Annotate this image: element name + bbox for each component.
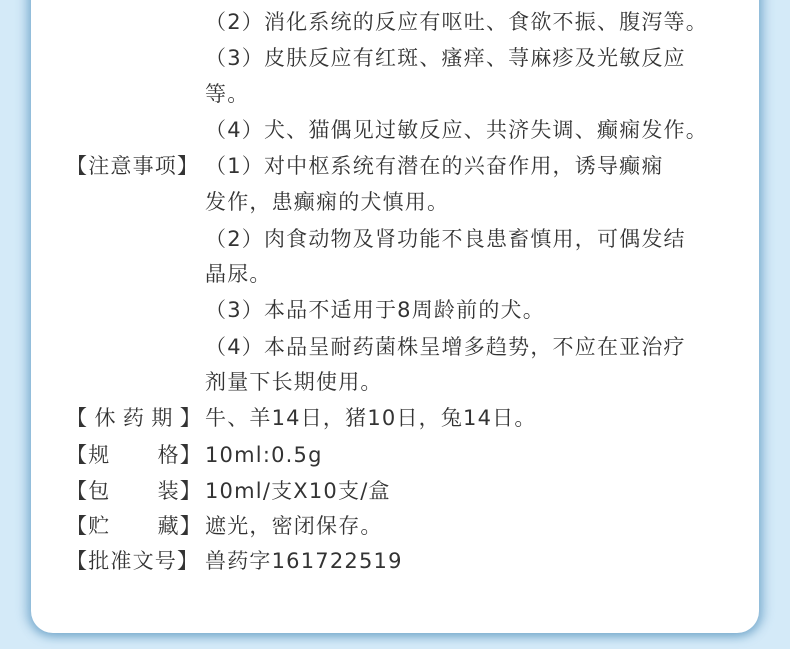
- precaution-line-4: （4）本品呈耐药菌株呈增多趋势，不应在亚治疗: [205, 329, 686, 365]
- label-part: 格】: [158, 437, 202, 473]
- label-part: 【贮: [66, 508, 110, 544]
- label-part: 【批准文号】: [66, 543, 199, 579]
- specification-label: 【规 格】: [66, 437, 202, 473]
- adverse-reaction-line-3-cont: 等。: [205, 76, 249, 112]
- label-part: 【包: [66, 473, 110, 509]
- label-part: 装】: [158, 473, 202, 509]
- storage-label: 【贮 藏】: [66, 508, 202, 544]
- label-char: 期: [151, 400, 173, 436]
- precautions-label-text: 【注意事项】: [66, 148, 199, 184]
- withdrawal-period-value: 牛、羊14日，猪10日，兔14日。: [205, 400, 537, 436]
- packaging-value: 10ml/支X10支/盒: [205, 473, 391, 509]
- adverse-reaction-line-2: （2）消化系统的反应有呕吐、食欲不振、腹泻等。: [205, 4, 708, 40]
- label-char: 休: [94, 400, 116, 436]
- label-part: 藏】: [158, 508, 202, 544]
- withdrawal-period-label: 【 休 药 期 】: [66, 400, 202, 436]
- precautions-label: 【注意事项】: [66, 148, 202, 184]
- specification-value: 10ml:0.5g: [205, 437, 323, 473]
- precaution-line-3: （3）本品不适用于8周龄前的犬。: [205, 292, 545, 328]
- bracket-close: 】: [180, 400, 202, 436]
- approval-number-label: 【批准文号】: [66, 543, 202, 579]
- approval-number-value: 兽药字161722519: [205, 543, 403, 579]
- precaution-line-4-cont: 剂量下长期使用。: [205, 364, 383, 400]
- precaution-line-1: （1）对中枢系统有潜在的兴奋作用，诱导癫痫: [205, 148, 664, 184]
- label-char: 药: [123, 400, 145, 436]
- label-part: 【规: [66, 437, 110, 473]
- bracket-open: 【: [66, 400, 88, 436]
- adverse-reaction-line-3: （3）皮肤反应有红斑、瘙痒、荨麻疹及光敏反应: [205, 40, 686, 76]
- precaution-line-2-cont: 晶尿。: [205, 256, 272, 292]
- storage-value: 遮光，密闭保存。: [205, 508, 383, 544]
- adverse-reaction-line-4: （4）犬、猫偶见过敏反应、共济失调、癫痫发作。: [205, 112, 708, 148]
- precaution-line-1-cont: 发作，患癫痫的犬慎用。: [205, 184, 449, 220]
- precaution-line-2: （2）肉食动物及肾功能不良患畜慎用，可偶发结: [205, 221, 686, 257]
- packaging-label: 【包 装】: [66, 473, 202, 509]
